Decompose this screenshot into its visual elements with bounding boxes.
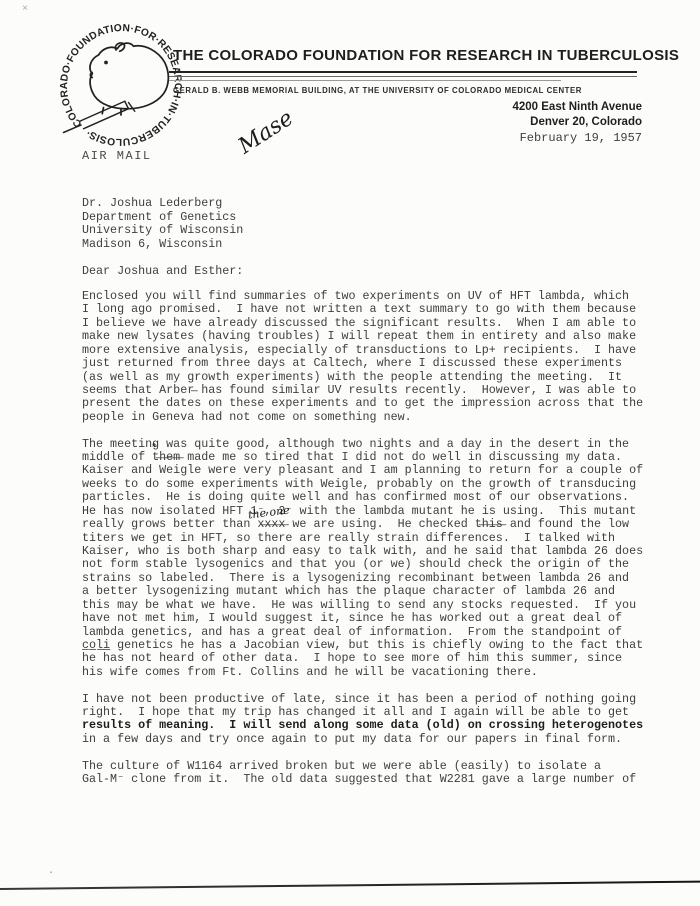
- letter-line: people in Geneva had not come on somethi…: [82, 411, 672, 424]
- letter-line: weeks to do some experiments with Weigle…: [82, 478, 672, 491]
- letter-date: February 19, 1957: [520, 131, 642, 145]
- letter-line: just returned from three days at Caltech…: [82, 357, 672, 370]
- letter-line: Enclosed you will find summaries of two …: [82, 290, 672, 303]
- letter-line: right. I hope that my trip has changed i…: [82, 706, 672, 719]
- letter-line: really grows better than x̶x̶x̶x̶ we are…: [82, 518, 672, 531]
- letter-line: titers we get in HFT, so there are reall…: [82, 532, 672, 545]
- letter-line: a better lysogenizing mutant which has t…: [82, 585, 672, 598]
- paragraph: Enclosed you will find summaries of two …: [82, 290, 672, 424]
- letter-line: Kaiser, who is both sharp and easy to ta…: [82, 545, 672, 558]
- letter-line: present the dates on these experiments a…: [82, 397, 672, 410]
- letter-line: c̲o̲l̲i̲ genetics he has a Jacobian view…: [82, 639, 672, 652]
- header-rule-middle: [169, 76, 637, 77]
- letter-line: seems that Arber̶ has found similar UV r…: [82, 384, 672, 397]
- letter-line: The culture of W1164 arrived broken but …: [82, 760, 672, 773]
- air-mail-stamp: AIR MAIL: [82, 149, 152, 163]
- logo-ring-text-holder: COLORADO·FOUNDATION·FOR·RESEARCH·IN·TUBE…: [59, 23, 183, 147]
- letter-line: this may be what we have. He was willing…: [82, 599, 672, 612]
- scan-edge-line: [0, 881, 700, 890]
- letter-line: make new lysates (having troubles) I wil…: [82, 330, 672, 343]
- letter-line: Kaiser and Weigle were very pleasant and…: [82, 464, 672, 477]
- letter-line: He has now isolated HFT 1⁻, 2⁻ with the …: [82, 505, 672, 518]
- letter-line: I have not been productive of late, sinc…: [82, 693, 672, 706]
- letter-line: more extensive analysis, especially of t…: [82, 344, 672, 357]
- letter-line: Gal-M⁻ clone from it. The old data sugge…: [82, 773, 672, 786]
- building-line: GERALD B. WEBB MEMORIAL BUILDING, AT THE…: [173, 86, 582, 95]
- address-line-2: Denver 20, Colorado: [512, 115, 642, 130]
- header-rule-top: [169, 71, 637, 73]
- letter-line: I long ago promised. I have not written …: [82, 303, 672, 316]
- letter-line: have not met him, I would suggest it, si…: [82, 612, 672, 625]
- scan-speck: ·: [48, 868, 54, 879]
- letter-line: results of meaning. I will send along so…: [82, 719, 672, 732]
- handwritten-annotation: Mase: [234, 106, 298, 160]
- letter-line: I believe we have already discussed the …: [82, 317, 672, 330]
- letter-line: lambda genetics, and has a great deal of…: [82, 626, 672, 639]
- letter-line: (as well as my growth experiments) with …: [82, 371, 672, 384]
- letter-page: × COLORADO·FOUNDATION·FOR·RESEARCH·IN·TU…: [0, 0, 700, 906]
- salutation: Dear Joshua and Esther:: [82, 264, 243, 278]
- foundation-logo: COLORADO·FOUNDATION·FOR·RESEARCH·IN·TUBE…: [46, 10, 196, 160]
- letter-line: his wife comes from Ft. Collins and he w…: [82, 666, 672, 679]
- address-line-1: 4200 East Ninth Avenue: [512, 100, 642, 115]
- letter-line: middle of t̶h̶e̶m̶ made me so tired that…: [82, 451, 672, 464]
- scan-corner-mark: ×: [22, 4, 28, 15]
- letter-line: The meeting was quite good, although two…: [82, 438, 672, 451]
- letter-body: Enclosed you will find summaries of two …: [82, 290, 672, 800]
- paragraph: The meeting was quite good, although two…: [82, 438, 672, 680]
- letter-line: in a few days and try once again to put …: [82, 733, 672, 746]
- letter-line: he has not heard of other data. I hope t…: [82, 652, 672, 665]
- handwritten-caret-mark: *: [152, 443, 157, 453]
- recipient-block: Dr. Joshua Lederberg Department of Genet…: [82, 197, 243, 251]
- org-name: THE COLORADO FOUNDATION FOR RESEARCH IN …: [173, 47, 679, 64]
- header-rule-bottom: [169, 80, 561, 81]
- logo-ring-text: COLORADO·FOUNDATION·FOR·RESEARCH·IN·TUBE…: [59, 23, 183, 147]
- paragraph: The culture of W1164 arrived broken but …: [82, 760, 672, 787]
- letter-line: not form stable lysogenics and that you …: [82, 558, 672, 571]
- letter-line: particles. He is doing quite well and ha…: [82, 491, 672, 504]
- paragraph: I have not been productive of late, sinc…: [82, 693, 672, 747]
- letter-line: strains so labeled. There is a lysogeniz…: [82, 572, 672, 585]
- address-block: 4200 East Ninth Avenue Denver 20, Colora…: [512, 100, 642, 129]
